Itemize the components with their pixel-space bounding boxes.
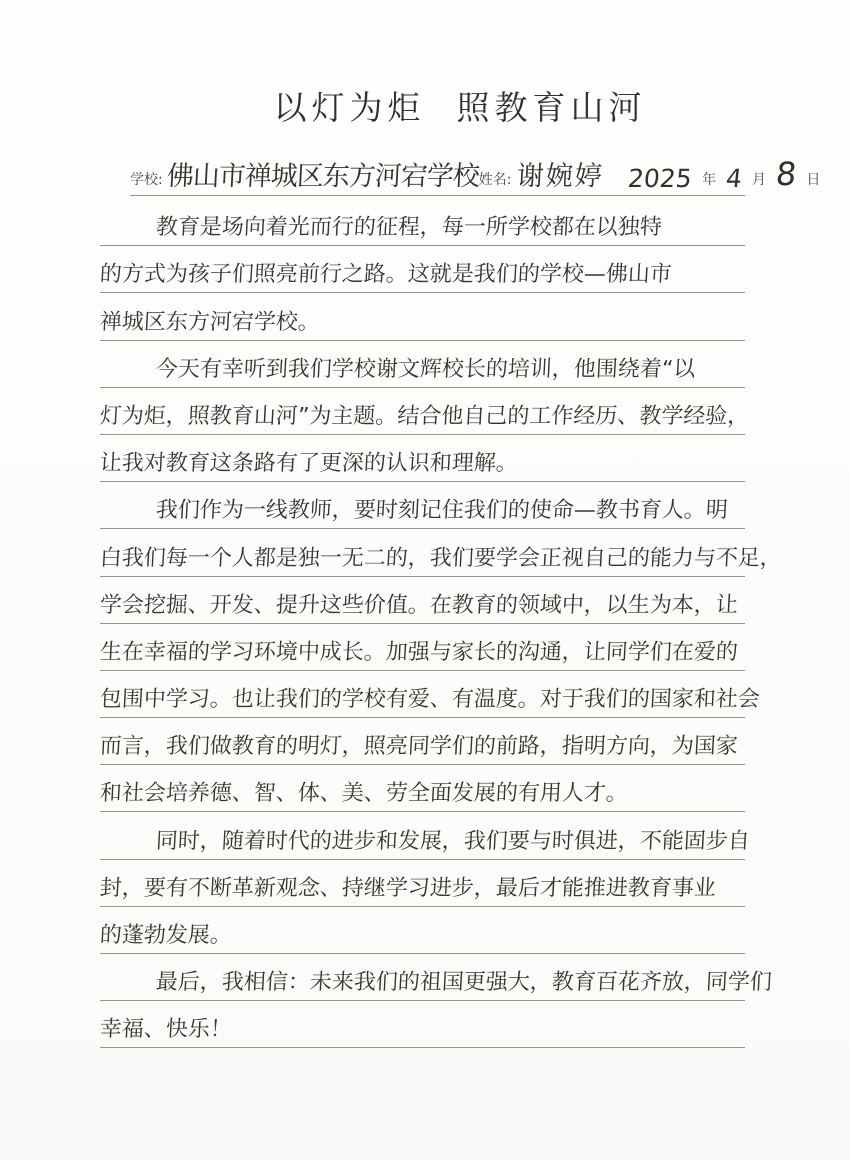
- essay-line-9: 学会挖掘、开发、提升这些价值。在教育的领域中，以生为本，让: [100, 577, 745, 624]
- essay-line-text: 教育是场向着光而行的征程，每一所学校都在以独特: [155, 210, 663, 241]
- essay-line-7: 我们作为一线教师，要时刻记住我们的使命—教书育人。明: [100, 482, 745, 529]
- school-label: 学校:: [130, 169, 163, 189]
- essay-line-13: 和社会培养德、智、体、美、劳全面发展的有用人才。: [100, 765, 745, 812]
- essay-line-text: 包围中学习。也让我们的学校有爱、有温度。对于我们的国家和社会: [99, 682, 761, 713]
- essay-line-text: 白我们每一个人都是独一无二的，我们要学会正视自己的能力与不足，: [99, 541, 783, 572]
- date-month: 4: [725, 164, 744, 193]
- date-day-label: 日: [806, 169, 820, 189]
- essay-line-text: 封，要有不断革新观念、持继学习进步，最后才能推进教育事业: [99, 871, 717, 902]
- essay-line-text: 而言，我们做教育的明灯，照亮同学们的前路，指明方向，为国家: [99, 729, 739, 760]
- date-day: 8: [774, 155, 798, 193]
- essay-line-1: 教育是场向着光而行的征程，每一所学校都在以独特: [100, 199, 745, 246]
- essay-line-text: 的蓬勃发展。: [99, 918, 233, 949]
- essay-line-text: 的方式为孩子们照亮前行之路。这就是我们的学校—佛山市: [99, 257, 673, 288]
- essay-line-text: 让我对教育这条路有了更深的认识和理解。: [99, 446, 519, 477]
- meta-line: 学校: 佛山市禅城区东方河宕学校 姓名: 谢婉婷 2025 年 4 月 8 日: [130, 148, 745, 196]
- essay-line-text: 生在幸福的学习环境中成长。加强与家长的沟通，让同学们在爱的: [99, 635, 739, 666]
- essay-line-text: 幸福、快乐！: [99, 1012, 233, 1043]
- essay-line-text: 禅城区东方河宕学校。: [99, 305, 321, 336]
- school-value: 佛山市禅城区东方河宕学校: [166, 154, 480, 193]
- essay-line-17: 最后，我相信：未来我们的祖国更强大，教育百花齐放，同学们: [100, 954, 745, 1001]
- essay-title: 以灯为炬 照教育山河: [0, 82, 850, 129]
- essay-line-16: 的蓬勃发展。: [100, 907, 745, 954]
- essay-line-2: 的方式为孩子们照亮前行之路。这就是我们的学校—佛山市: [100, 246, 745, 293]
- essay-line-3: 禅城区东方河宕学校。: [100, 293, 745, 340]
- essay-line-text: 今天有幸听到我们学校谢文辉校长的培训，他围绕着“以: [155, 352, 696, 383]
- essay-line-15: 封，要有不断革新观念、持继学习进步，最后才能推进教育事业: [100, 860, 745, 907]
- essay-line-text: 最后，我相信：未来我们的祖国更强大，教育百花齐放，同学们: [155, 965, 773, 996]
- essay-line-10: 生在幸福的学习环境中成长。加强与家长的沟通，让同学们在爱的: [100, 624, 745, 671]
- essay-line-11: 包围中学习。也让我们的学校有爱、有温度。对于我们的国家和社会: [100, 671, 745, 718]
- essay-line-text: 我们作为一线教师，要时刻记住我们的使命—教书育人。明: [155, 493, 729, 524]
- date-value: 2025 年 4 月 8 日: [618, 155, 820, 193]
- essay-line-14: 同时，随着时代的进步和发展，我们要与时俱进，不能固步自: [100, 812, 745, 859]
- essay-line-text: 同时，随着时代的进步和发展，我们要与时俱进，不能固步自: [155, 824, 751, 855]
- name-label: 姓名:: [479, 169, 512, 189]
- date-year-label: 年: [702, 169, 716, 189]
- essay-line-text: 学会挖掘、开发、提升这些价值。在教育的领域中，以生为本，让: [99, 588, 739, 619]
- date-year: 2025: [627, 164, 694, 193]
- essay-line-18: 幸福、快乐！: [100, 1001, 745, 1048]
- essay-line-4: 今天有幸听到我们学校谢文辉校长的培训，他围绕着“以: [100, 341, 745, 388]
- essay-line-text: 和社会培养德、智、体、美、劳全面发展的有用人才。: [99, 776, 629, 807]
- date-month-label: 月: [752, 169, 766, 189]
- name-value: 谢婉婷: [516, 154, 605, 193]
- essay-body: 教育是场向着光而行的征程，每一所学校都在以独特 的方式为孩子们照亮前行之路。这就…: [100, 199, 745, 1048]
- handwritten-essay-page: 以灯为炬 照教育山河 学校: 佛山市禅城区东方河宕学校 姓名: 谢婉婷 2025…: [0, 0, 850, 1160]
- essay-line-8: 白我们每一个人都是独一无二的，我们要学会正视自己的能力与不足，: [100, 529, 745, 576]
- essay-line-5: 灯为炬，照教育山河”为主题。结合他自己的工作经历、教学经验，: [100, 388, 745, 435]
- essay-line-6: 让我对教育这条路有了更深的认识和理解。: [100, 435, 745, 482]
- essay-line-12: 而言，我们做教育的明灯，照亮同学们的前路，指明方向，为国家: [100, 718, 745, 765]
- essay-line-text: 灯为炬，照教育山河”为主题。结合他自己的工作经历、教学经验，: [99, 399, 750, 430]
